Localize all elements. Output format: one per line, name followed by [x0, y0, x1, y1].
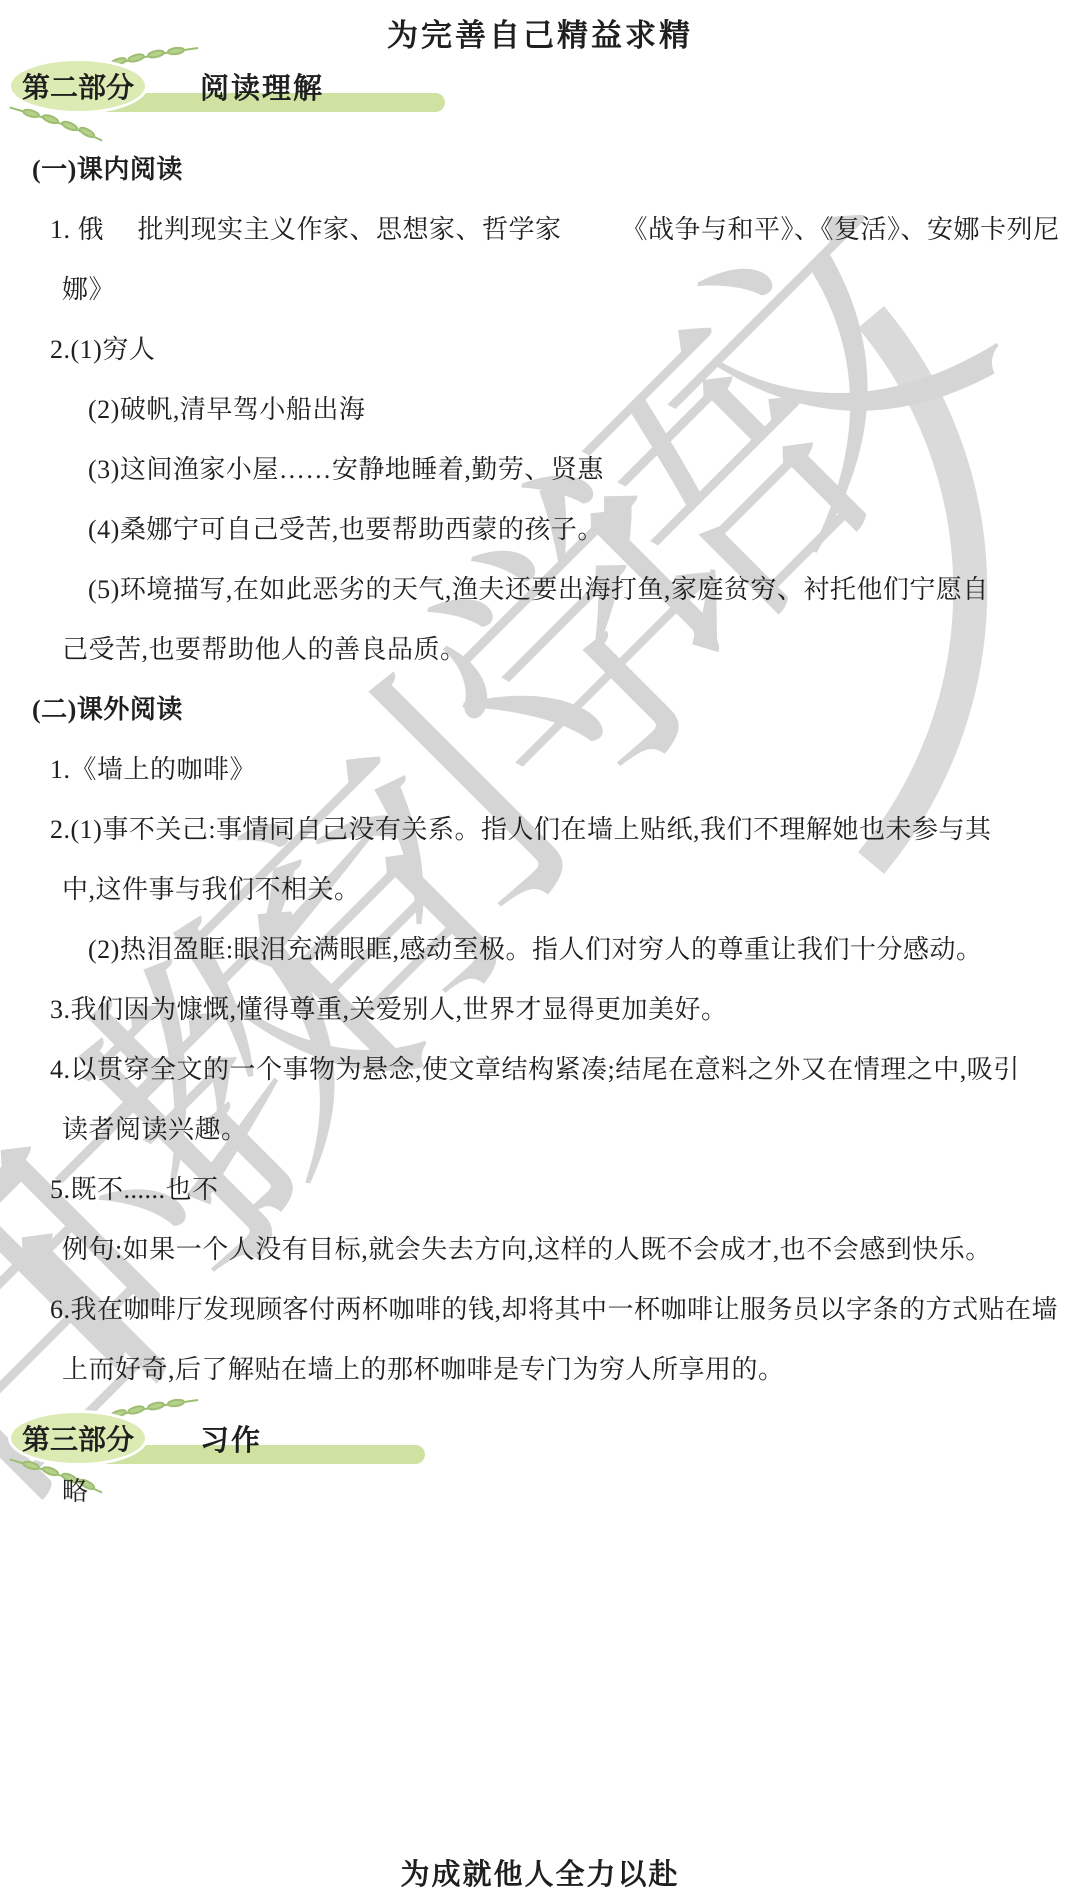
content-line: (二)课外阅读 — [0, 680, 1080, 740]
content-line: (2)破帆,清早驾小船出海 — [0, 380, 1080, 440]
answer-sheet-page: 百时教育小学语文 为完善自己精益求精 第二部分 — [0, 0, 1080, 1901]
content-line: 2.(1)穷人 — [0, 320, 1080, 380]
content-line: 3.我们因为慷慨,懂得尊重,关爱别人,世界才显得更加美好。 — [0, 980, 1080, 1040]
content-line: 娜》 — [0, 260, 1080, 320]
content-line: 6.我在咖啡厅发现顾客付两杯咖啡的钱,却将其中一杯咖啡让服务员以字条的方式贴在墙 — [0, 1280, 1080, 1340]
part-label-badge: 第三部分 — [8, 1410, 148, 1466]
part-title: 阅读理解 — [200, 66, 324, 107]
part-label-badge: 第二部分 — [8, 58, 148, 114]
content-line: 中,这件事与我们不相关。 — [0, 860, 1080, 920]
content-line: 2.(1)事不关己:事情同自己没有关系。指人们在墙上贴纸,我们不理解她也未参与其 — [0, 800, 1080, 860]
part2-badge: 第二部分 阅读理解 — [0, 56, 520, 136]
part-label: 第三部分 — [22, 1418, 134, 1458]
part-title: 习作 — [200, 1418, 262, 1459]
footer-title: 为成就他人全力以赴 — [0, 1852, 1080, 1893]
content-line: 1. 俄 批判现实主义作家、思想家、哲学家 《战争与和平》、《复活》、安娜卡列尼 — [0, 200, 1080, 260]
content-line: (3)这间渔家小屋……安静地睡着,勤劳、贤惠 — [0, 440, 1080, 500]
content-line: (一)课内阅读 — [0, 140, 1080, 200]
content-line: 己受苦,也要帮助他人的善良品质。 — [0, 620, 1080, 680]
part-label: 第二部分 — [22, 66, 134, 106]
content-line: 上而好奇,后了解贴在墙上的那杯咖啡是专门为穷人所享用的。 — [0, 1340, 1080, 1400]
content-line: 例句:如果一个人没有目标,就会失去方向,这样的人既不会成才,也不会感到快乐。 — [0, 1220, 1080, 1280]
content-line: 4.以贯穿全文的一个事物为悬念,使文章结构紧凑;结尾在意料之外又在情理之中,吸引 — [0, 1040, 1080, 1100]
part3-body-text: 略 — [62, 1462, 88, 1522]
content-line: (5)环境描写,在如此恶劣的天气,渔夫还要出海打鱼,家庭贫穷、衬托他们宁愿自 — [0, 560, 1080, 620]
content-line: 读者阅读兴趣。 — [0, 1100, 1080, 1160]
content-line: (4)桑娜宁可自己受苦,也要帮助西蒙的孩子。 — [0, 500, 1080, 560]
content-lines: (一)课内阅读1. 俄 批判现实主义作家、思想家、哲学家 《战争与和平》、《复活… — [0, 140, 1080, 1400]
content-line: 5.既不......也不 — [0, 1160, 1080, 1220]
content-line: 1.《墙上的咖啡》 — [0, 740, 1080, 800]
content-line: (2)热泪盈眶:眼泪充满眼眶,感动至极。指人们对穷人的尊重让我们十分感动。 — [0, 920, 1080, 980]
